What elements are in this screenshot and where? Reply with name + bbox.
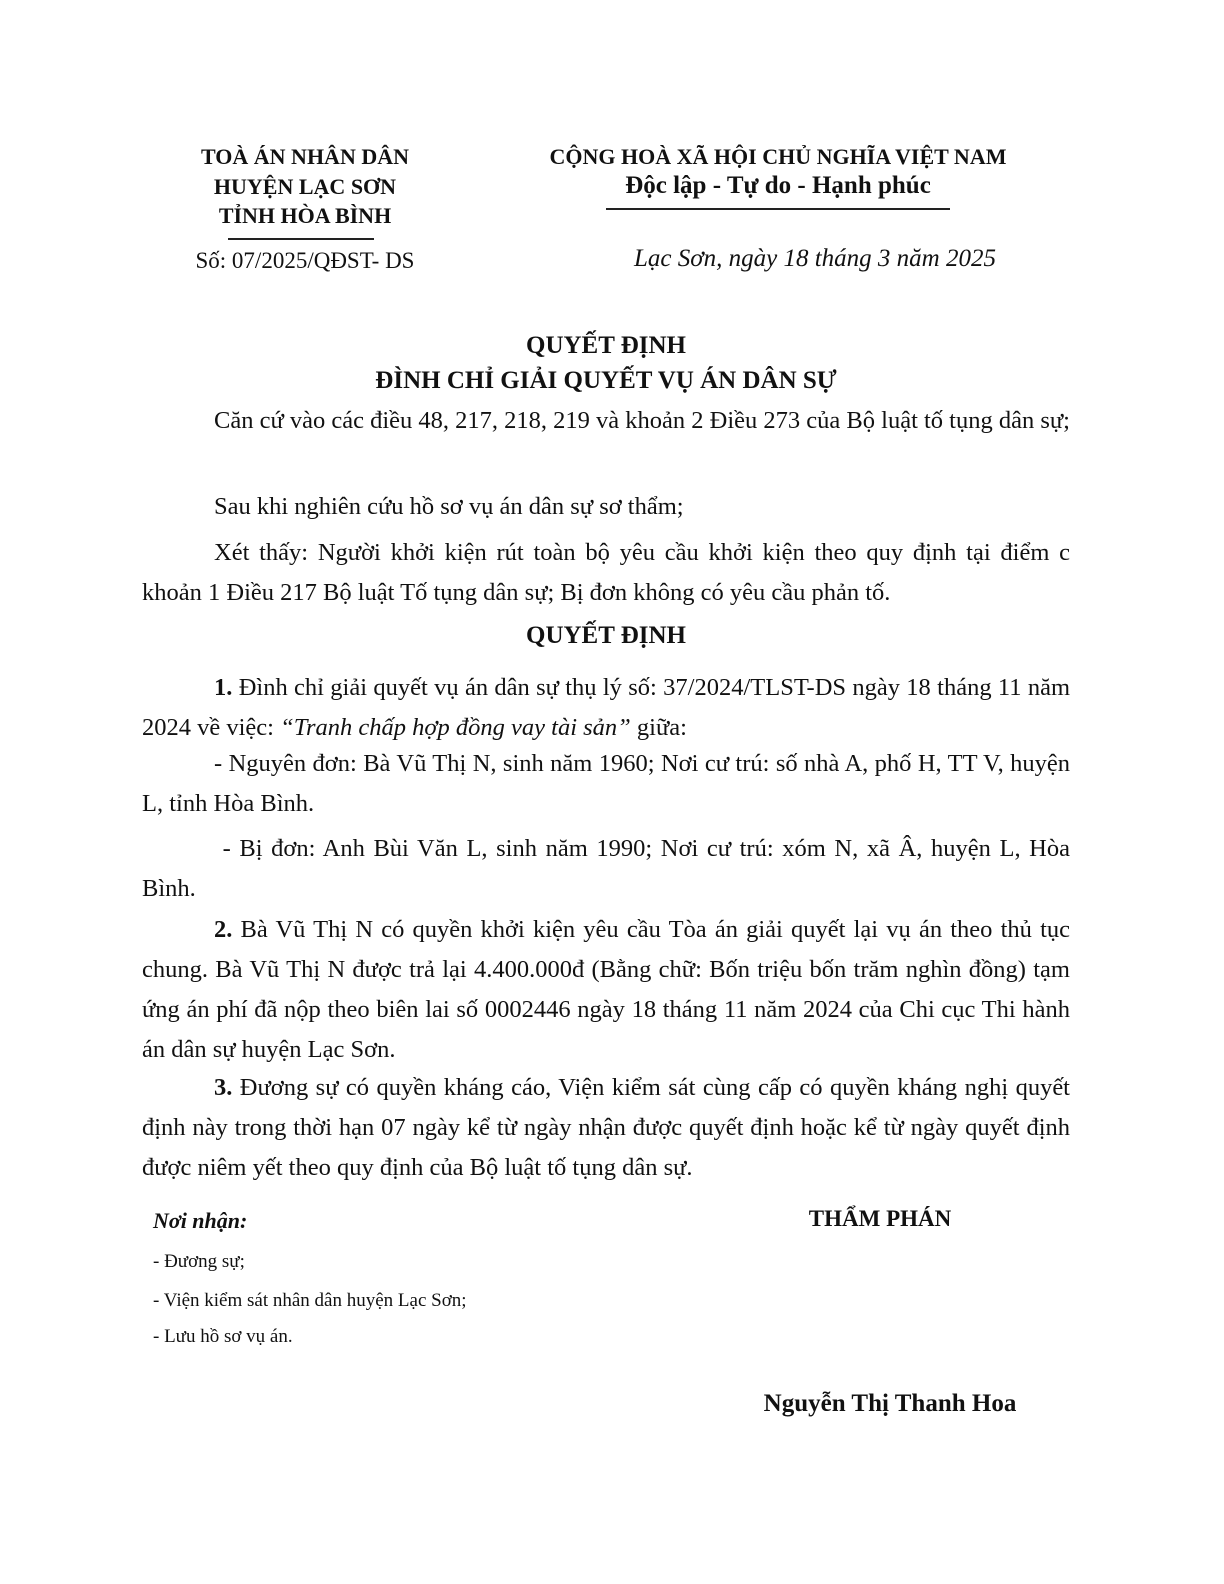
- decision-item-3: 3. Đương sự có quyền kháng cáo, Viện kiể…: [142, 1068, 1070, 1188]
- decision-heading: QUYẾT ĐỊNH: [142, 622, 1070, 650]
- court-name-line-3: TỈNH HÒA BÌNH: [160, 203, 450, 229]
- plaintiff-info: - Nguyên đơn: Bà Vũ Thị N, sinh năm 1960…: [142, 744, 1070, 824]
- item-number: 2.: [214, 916, 232, 943]
- decision-item-1: 1. Đình chỉ giải quyết vụ án dân sự thụ …: [142, 668, 1070, 748]
- court-name-line-1: TOÀ ÁN NHÂN DÂN: [160, 144, 450, 170]
- case-review: Sau khi nghiên cứu hồ sơ vụ án dân sự sơ…: [142, 487, 1070, 527]
- findings: Xét thấy: Người khởi kiện rút toàn bộ yê…: [142, 533, 1070, 613]
- court-divider: [228, 238, 374, 240]
- place-date: Lạc Sơn, ngày 18 tháng 3 năm 2025: [510, 245, 1120, 273]
- motto-divider: [606, 208, 950, 210]
- item-number: 3.: [214, 1074, 232, 1101]
- recipient-item: - Đương sự;: [153, 1251, 245, 1273]
- nation-name: CỘNG HOÀ XÃ HỘI CHỦ NGHĨA VIỆT NAM: [510, 144, 1046, 170]
- document-number: Số: 07/2025/QĐST- DS: [160, 248, 450, 274]
- recipient-item: - Viện kiểm sát nhân dân huyện Lạc Sơn;: [153, 1290, 467, 1312]
- case-subject: “Tranh chấp hợp đồng vay tài sản”: [280, 714, 631, 741]
- item-number: 1.: [214, 674, 232, 701]
- legal-basis: Căn cứ vào các điều 48, 217, 218, 219 và…: [142, 401, 1070, 441]
- document-title: QUYẾT ĐỊNH: [142, 332, 1070, 360]
- decision-item-2: 2. Bà Vũ Thị N có quyền khởi kiện yêu cầ…: [142, 910, 1070, 1070]
- court-name-line-2: HUYỆN LẠC SƠN: [160, 174, 450, 200]
- document-subtitle: ĐÌNH CHỈ GIẢI QUYẾT VỤ ÁN DÂN SỰ: [142, 367, 1070, 395]
- recipient-item: - Lưu hồ sơ vụ án.: [153, 1326, 293, 1348]
- signer-role: THẨM PHÁN: [760, 1206, 1000, 1232]
- signer-name: Nguyễn Thị Thanh Hoa: [740, 1390, 1040, 1418]
- national-motto: Độc lập - Tự do - Hạnh phúc: [510, 172, 1046, 200]
- defendant-info: - Bị đơn: Anh Bùi Văn L, sinh năm 1990; …: [142, 829, 1070, 909]
- recipients-label: Nơi nhận:: [153, 1208, 247, 1234]
